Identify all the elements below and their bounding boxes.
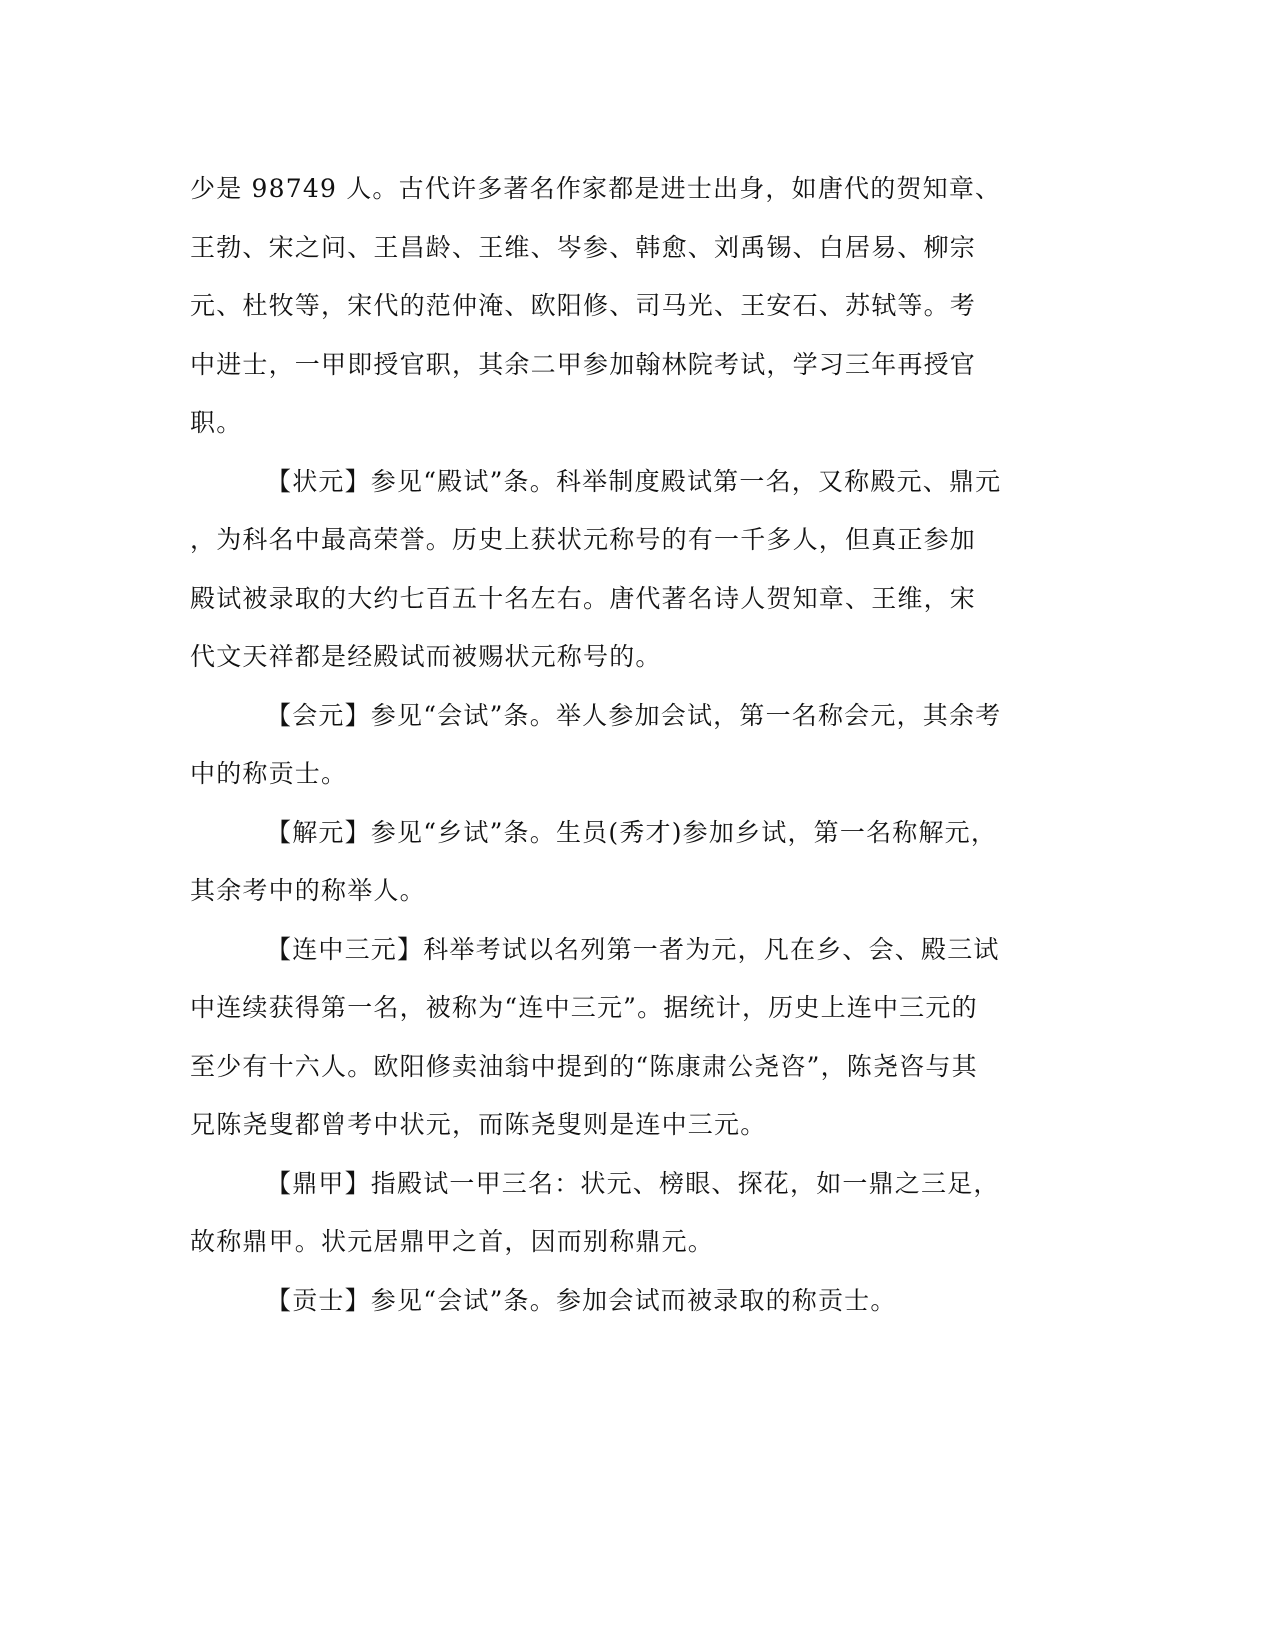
paragraph-zhuangyuan: 【状元】参见“殿试”条。科举制度殿试第一名，又称殿元、鼎元 ，为科名中最高荣誉。… [190, 453, 1058, 687]
line: 【连中三元】科举考试以名列第一者为元，凡在乡、会、殿三试 [266, 935, 1000, 964]
line: 殿试被录取的大约七百五十名左右。唐代著名诗人贺知章、王维，宋 [190, 584, 976, 613]
paragraph-huiyuan: 【会元】参见“会试”条。举人参加会试，第一名称会元，其余考 中的称贡士。 [190, 687, 1058, 804]
line: 【状元】参见“殿试”条。科举制度殿试第一名，又称殿元、鼎元 [266, 467, 1001, 496]
line: 其余考中的称举人。 [190, 876, 426, 905]
line: 【鼎甲】指殿试一甲三名：状元、榜眼、探花，如一鼎之三足， [266, 1169, 1000, 1198]
line: 【贡士】参见“会试”条。参加会试而被录取的称贡士。 [266, 1286, 897, 1315]
document-page: 少是 98749 人。古代许多著名作家都是进士出身，如唐代的贺知章、 王勃、宋之… [190, 160, 1058, 1330]
line: 中的称贡士。 [190, 759, 347, 788]
line: 故称鼎甲。状元居鼎甲之首，因而别称鼎元。 [190, 1227, 714, 1256]
line: 中连续获得第一名，被称为“连中三元”。据统计，历史上连中三元的 [190, 993, 978, 1022]
line: 代文天祥都是经殿试而被赐状元称号的。 [190, 642, 662, 671]
paragraph-jieyuan: 【解元】参见“乡试”条。生员(秀才)参加乡试，第一名称解元， 其余考中的称举人。 [190, 804, 1058, 921]
line: 【会元】参见“会试”条。举人参加会试，第一名称会元，其余考 [266, 701, 1001, 730]
paragraph-gongshi: 【贡士】参见“会试”条。参加会试而被录取的称贡士。 [190, 1272, 1058, 1331]
line: 【解元】参见“乡试”条。生员(秀才)参加乡试，第一名称解元， [266, 818, 997, 847]
line: 少是 98749 人。古代许多著名作家都是进士出身，如唐代的贺知章、 [190, 174, 1001, 203]
line: 至少有十六人。欧阳修卖油翁中提到的“陈康肃公尧咨”，陈尧咨与其 [190, 1052, 978, 1081]
line: ，为科名中最高荣誉。历史上获状元称号的有一千多人，但真正参加 [190, 525, 976, 554]
paragraph-dingjia: 【鼎甲】指殿试一甲三名：状元、榜眼、探花，如一鼎之三足， 故称鼎甲。状元居鼎甲之… [190, 1155, 1058, 1272]
line: 王勃、宋之问、王昌龄、王维、岑参、韩愈、刘禹锡、白居易、柳宗 [190, 233, 976, 262]
line: 中进士，一甲即授官职，其余二甲参加翰林院考试，学习三年再授官 [190, 350, 976, 379]
paragraph-lianzhong-sanyuan: 【连中三元】科举考试以名列第一者为元，凡在乡、会、殿三试 中连续获得第一名，被称… [190, 921, 1058, 1155]
line: 职。 [190, 408, 242, 437]
line: 元、杜牧等，宋代的范仲淹、欧阳修、司马光、王安石、苏轼等。考 [190, 291, 976, 320]
paragraph-jinshi-continuation: 少是 98749 人。古代许多著名作家都是进士出身，如唐代的贺知章、 王勃、宋之… [190, 160, 1058, 453]
line: 兄陈尧叟都曾考中状元，而陈尧叟则是连中三元。 [190, 1110, 766, 1139]
